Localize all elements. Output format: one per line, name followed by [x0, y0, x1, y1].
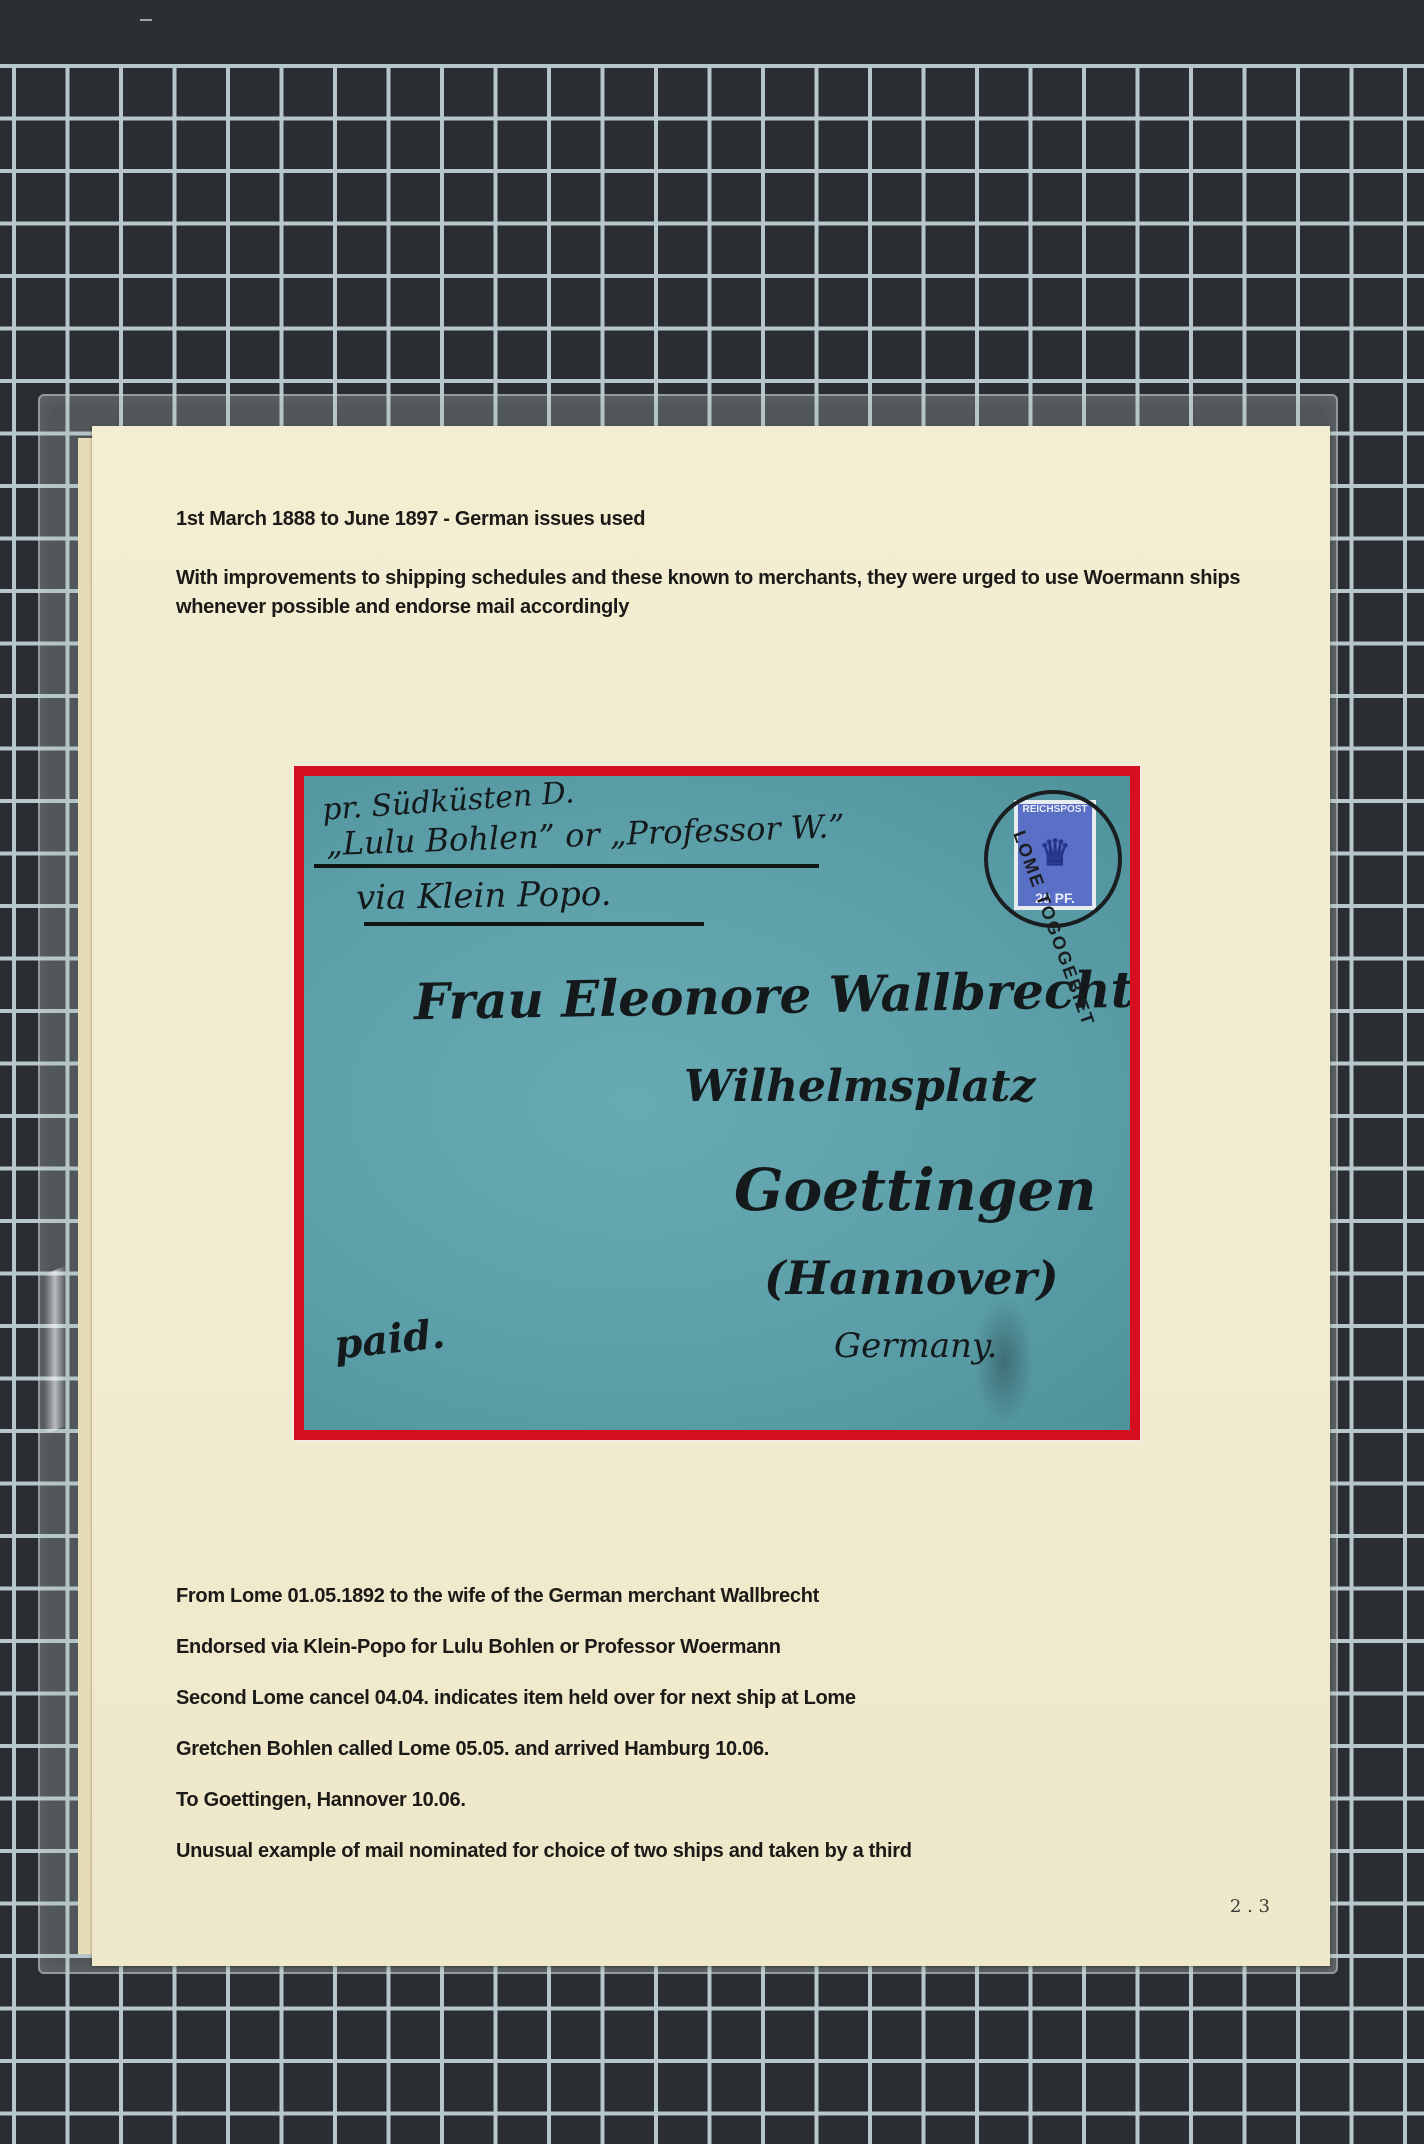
- background-mark: [140, 19, 152, 21]
- note-line: From Lome 01.05.1892 to the wife of the …: [176, 1584, 1276, 1635]
- address-country: Germany.: [834, 1326, 997, 1366]
- background-top: [0, 0, 1424, 66]
- sleeve-glare: [44, 1266, 66, 1434]
- note-line: To Goettingen, Hannover 10.06.: [176, 1788, 1276, 1839]
- note-line: Second Lome cancel 04.04. indicates item…: [176, 1686, 1276, 1737]
- stamp-area: REICHSPOST ♛ 20 PF. LOME TOGOGEBIET: [992, 788, 1124, 938]
- description-notes: From Lome 01.05.1892 to the wife of the …: [176, 1584, 1276, 1890]
- endorsement-underline-2: [364, 922, 704, 926]
- ink-smudge: [974, 1296, 1034, 1426]
- paid-mark: paid.: [332, 1310, 447, 1368]
- page-number: 2 . 3: [1230, 1896, 1270, 1917]
- page-heading: 1st March 1888 to June 1897 - German iss…: [176, 508, 645, 531]
- envelope-cover: pr. Südküsten D. „Lulu Bohlen” or „Profe…: [304, 776, 1130, 1430]
- note-line: Unusual example of mail nominated for ch…: [176, 1839, 1276, 1890]
- page-intro: With improvements to shipping schedules …: [176, 564, 1286, 622]
- red-mount: pr. Südküsten D. „Lulu Bohlen” or „Profe…: [294, 766, 1140, 1440]
- album-page: 1st March 1888 to June 1897 - German iss…: [92, 426, 1330, 1966]
- note-line: Endorsed via Klein-Popo for Lulu Bohlen …: [176, 1635, 1276, 1686]
- address-street: Wilhelmsplatz: [684, 1061, 1035, 1112]
- endorsement-underline-1: [314, 864, 819, 868]
- endorsement-line-3: via Klein Popo.: [356, 874, 612, 918]
- address-name: Frau Eleonore Wallbrecht: [414, 960, 1130, 1032]
- address-city: Goettingen: [734, 1156, 1097, 1224]
- note-line: Gretchen Bohlen called Lome 05.05. and a…: [176, 1737, 1276, 1788]
